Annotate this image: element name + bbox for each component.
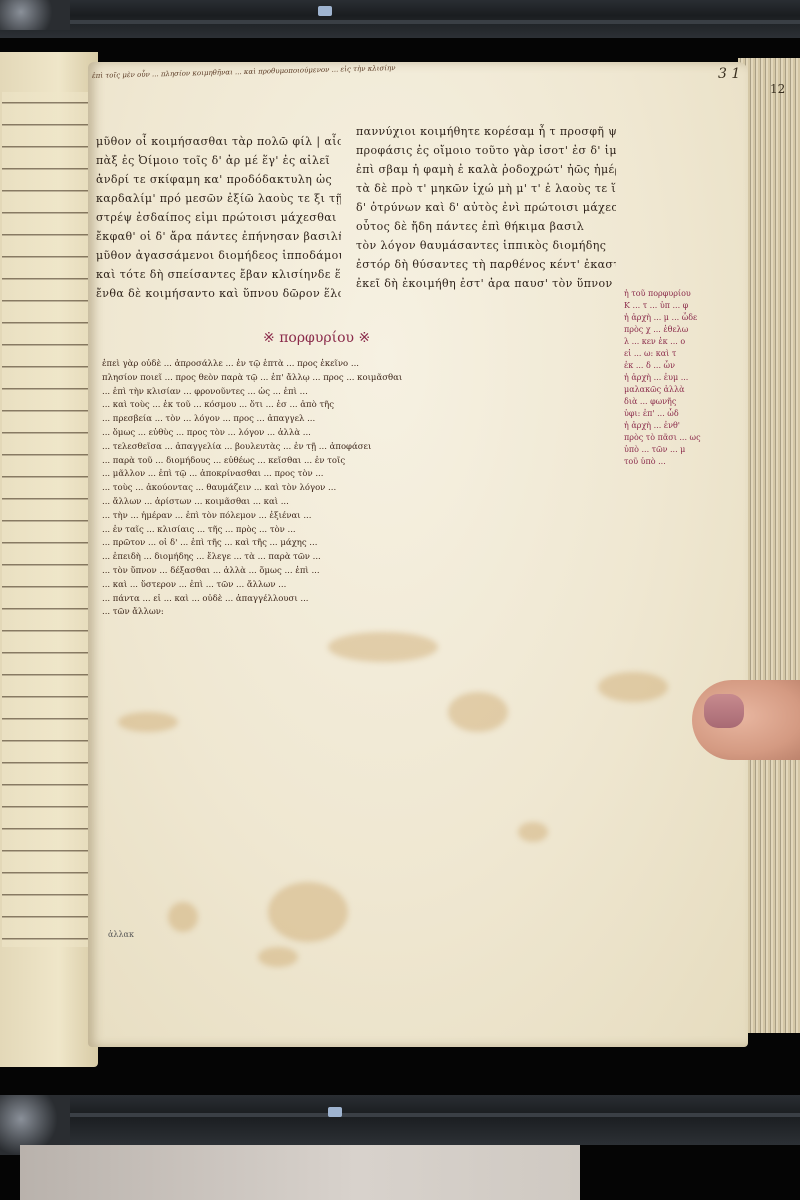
verse-line: καὶ τότε δὴ σπείσαντες ἔβαν κλισίηνδε ἕκ… (96, 265, 341, 284)
foot-mark: ἀλλακ (108, 930, 134, 939)
rubric-text: πορφυρίου (279, 330, 354, 346)
margin-line: ἐκ ... δ ... ὦν (624, 360, 724, 372)
verse-line: μῦθον οἶ κοιμήσασθαι τὰρ πολῶ φίλ | αἷος (96, 132, 341, 151)
commentary-line: ... πρεσβεία ... τὸν ... λόγον ... προς … (102, 413, 622, 427)
commentary-line: ... μᾶλλον ... ἐπὶ τῷ ... ἀποκρίνασθαι .… (102, 468, 622, 482)
cradle-rail-bottom (0, 1095, 800, 1145)
commentary-line: ... ἐπὶ τὴν κλισίαν ... φρονοῦντες ... ὡ… (102, 386, 622, 400)
cradle-rail-top (0, 0, 800, 38)
stain (258, 947, 298, 967)
rubric-title: ※ πορφυρίου ※ (263, 330, 370, 346)
margin-line: ὑφι: ἐπ' ... ὦδ (624, 408, 724, 420)
shelfmark: 12 (770, 82, 785, 96)
verse-line: δ' ὀτρύνων καὶ δ' αὐτὸς ἐνὶ πρώτοισι μάχ… (356, 198, 616, 217)
commentary-line: πλησίον ποιεῖ ... προς θεὸν παρὰ τῷ ... … (102, 372, 622, 386)
commentary-line: ... καὶ τοὺς ... ἐκ τοῦ ... κόσμου ... ὅ… (102, 399, 622, 413)
folio-number: 3 1 (718, 66, 740, 82)
margin-line: διὰ ... φωνῆς (624, 396, 724, 408)
margin-red-note: ἡ τοῦ πορφυρίου Κ ... τ ... ὑπ ... φ ἡ ἀ… (624, 288, 724, 468)
commentary-line: ... ἐν ταῖς ... κλισίαις ... τῆς ... πρὸ… (102, 524, 622, 538)
left-page (0, 52, 98, 1067)
thumbnail (704, 694, 744, 728)
left-page-text (2, 92, 88, 947)
commentary-line: ... πρῶτον ... οἱ δ' ... ἐπὶ τῆς ... καὶ… (102, 537, 622, 551)
commentary-line: ... τὴν ... ἡμέραν ... ἐπὶ τὸν πόλεμον .… (102, 510, 622, 524)
verse-line: τὰ δὲ πρὸ τ' μηκῶν ἰχώ μὴ μ' τ' ἐ λαοὺς … (356, 179, 616, 198)
margin-line: ἡ τοῦ πορφυρίου (624, 288, 724, 300)
verse-line: ἔκφαθ' οἱ δ' ἄρα πάντες ἐπήνησαν βασιλῆε… (96, 227, 341, 246)
clamp-icon (328, 1107, 342, 1117)
stain (518, 822, 548, 842)
verse-line: ἐπὶ σβαμ ἠ φαμὴ ἐ καλὰ ῥοδοχρώτ' ἠῶς ἡμέ… (356, 160, 616, 179)
stain (168, 902, 198, 932)
commentary-line: ... τοὺς ... ἀκούοντας ... θαυμάζειν ...… (102, 482, 622, 496)
margin-line: πρὸς χ ... ἐθελω (624, 324, 724, 336)
verse-line: τὸν λόγον θαυμάσαντες ἱππικὸς διομήδης (356, 236, 616, 255)
rail-groove (70, 20, 800, 24)
margin-line: ὑπὸ ... τῶν ... μ (624, 444, 724, 456)
top-marginal-note: ἐπὶ τοῖς μὲν οὖν ... πλησίον κοιμηθῆναι … (92, 56, 702, 81)
table-surface (20, 1145, 580, 1200)
commentary-line: ... ἄλλων ... ἀρίστων ... κοιμᾶσθαι ... … (102, 496, 622, 510)
commentary-line: ... τὸν ὕπνον ... δέξασθαι ... ἀλλὰ ... … (102, 565, 622, 579)
margin-line: ἡ ἀρχὴ ... ἐυμ ... (624, 372, 724, 384)
verse-line: καρδαλίμ' πρό μεσῶν ἐξίῶ λαοὺς τε ξι τῇ (96, 189, 341, 208)
rail-groove (70, 1113, 800, 1117)
verse-line: ἐστόρ δὴ θύσαντες τὴ παρθένος κέντ' ἐκασ… (356, 255, 616, 274)
thumb (692, 680, 800, 760)
commentary-line: ... τῶν ἄλλων: (102, 606, 622, 620)
commentary-line: ἐπεὶ γὰρ οὐδὲ ... ἀπροσάλλε ... ἐν τῷ ἑπ… (102, 358, 622, 372)
commentary-line: ... ἐπειδὴ ... διομήδης ... ἔλεγε ... τὰ… (102, 551, 622, 565)
margin-line: εἰ ... ω: καὶ τ (624, 348, 724, 360)
margin-line: Κ ... τ ... ὑπ ... φ (624, 300, 724, 312)
commentary-text: ἐπεὶ γὰρ οὐδὲ ... ἀπροσάλλε ... ἐν τῷ ἑπ… (102, 358, 622, 620)
commentary-line: ... πάντα ... εἰ ... καὶ ... οὐδὲ ... ἀπ… (102, 593, 622, 607)
commentary-line: ... ὅμως ... εὐθὺς ... προς τὸν ... λόγο… (102, 427, 622, 441)
ornament-icon: ※ (263, 330, 275, 346)
verse-line: οὗτος δὲ ἤδη πάντες ἐπὶ θήκιμα βασιλ (356, 217, 616, 236)
margin-line: ἡ ἀρχὴ ... ἐνθ' (624, 420, 724, 432)
stain (118, 712, 178, 732)
margin-line: ἡ ἀρχὴ ... μ ... ὦδε (624, 312, 724, 324)
verse-line: στρέψ ἐσδαίπος εἰμι πρώτοισι μάχεσθαι (96, 208, 341, 227)
verse-line: ἔνθα δὲ κοιμήσαντο καὶ ὕπνου δῶρον ἕλοντ… (96, 284, 341, 303)
margin-line: πρὸς τὸ πᾶσι ... ως (624, 432, 724, 444)
ornament-icon: ※ (358, 330, 370, 346)
verse-line: ἀνδρί τε σκίφαμη κα' προδόδακτυλη ὡς (96, 170, 341, 189)
manuscript-page: ἐπὶ τοῖς μὲν οὖν ... πλησίον κοιμηθῆναι … (88, 62, 748, 1047)
commentary-line: ... καὶ ... ὕστερον ... ἐπὶ ... τῶν ... … (102, 579, 622, 593)
commentary-line: ... παρὰ τοῦ ... διομήδους ... εὐθέως ..… (102, 455, 622, 469)
verse-line: παννύχιοι κοιμήθητε κορέσαμ ἦ τ προσφῆ ψ… (356, 122, 616, 141)
stain (328, 632, 438, 662)
clamp-icon (318, 6, 332, 16)
margin-line: λ ... κεν ἐκ ... ο (624, 336, 724, 348)
commentary-line: ... τελεσθεῖσα ... ἀπαγγελία ... βουλευτ… (102, 441, 622, 455)
margin-line: μαλακῶς ἀλλὰ (624, 384, 724, 396)
stain (268, 882, 348, 942)
paraphrase-column-right: παννύχιοι κοιμήθητε κορέσαμ ἦ τ προσφῆ ψ… (356, 122, 616, 293)
verse-line: πὰξ ἐς Ὀίμοιο τοῖς δ' ἀρ μέ ἕγ' ἐς αἰλεῖ (96, 151, 341, 170)
margin-line: τοῦ ὑπὸ ... (624, 456, 724, 468)
verse-line: ἐκεῖ δὴ ἐκοιμήθη ἐστ' ἀρα παυσ' τὸν ὕπνο… (356, 274, 616, 293)
stain (448, 692, 508, 732)
verse-line: μῦθον ἀγασσάμενοι διομήδεος ἱπποδάμοιο (96, 246, 341, 265)
hinge-top (0, 0, 70, 30)
verse-line: προφάσις ἐς οἴμοιο τοῦτο γὰρ ἱσοτ' ἐσ δ'… (356, 141, 616, 160)
verse-column-left: μῦθον οἶ κοιμήσασθαι τὰρ πολῶ φίλ | αἷος… (96, 132, 341, 303)
stain (598, 672, 668, 702)
